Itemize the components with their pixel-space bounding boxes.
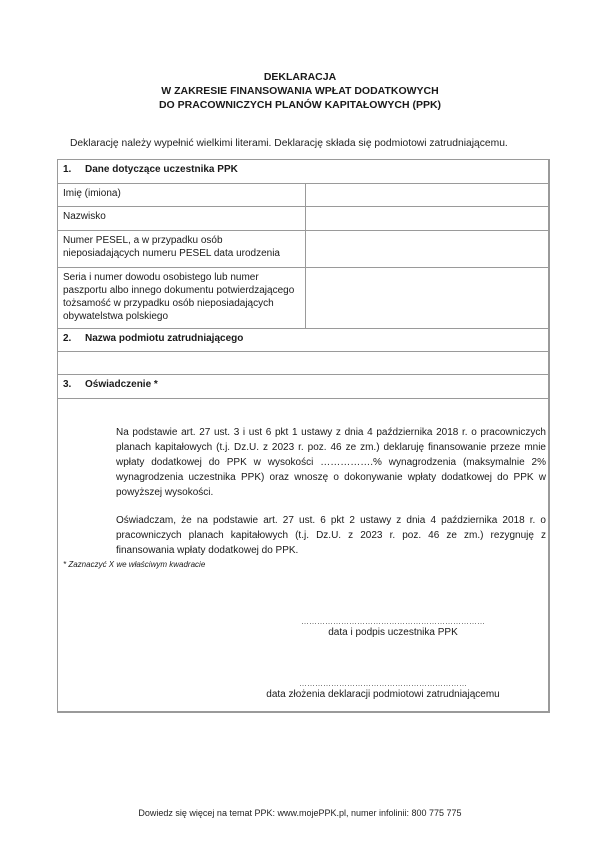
participant-signature-label: data i podpis uczestnika PPK [298,627,488,638]
submission-date-label: data złożenia deklaracji podmiotowi zatr… [248,689,518,700]
field-row-first-name: Imię (imiona) [58,184,548,207]
instruction-text: Deklarację należy wypełnić wielkimi lite… [70,138,508,149]
section-2-number: 2. [63,333,85,344]
pesel-field[interactable] [306,231,548,267]
footnote-mark-x: * Zaznaczyć X we właściwym kwadracie [63,560,205,569]
declaration-option-finance: Na podstawie art. 27 ust. 3 i ust 6 pkt … [116,425,546,500]
field-row-id-document: Seria i numer dowodu osobistego lub nume… [58,268,548,329]
first-name-field[interactable] [306,184,548,206]
section-2-header: 2.Nazwa podmiotu zatrudniającego [58,329,548,352]
participant-signature-line[interactable]: …………………………………………………………… [298,617,488,627]
section-3-header: 3.Oświadczenie * [58,375,548,399]
footer-info: Dowiedz się więcej na temat PPK: www.moj… [0,808,600,818]
first-name-label: Imię (imiona) [58,184,306,206]
id-document-label: Seria i numer dowodu osobistego lub nume… [58,268,306,328]
last-name-label: Nazwisko [58,207,306,230]
section-3-number: 3. [63,379,85,390]
declaration-option-resign: Oświadczam, że na podstawie art. 27 ust.… [116,513,546,558]
submission-date-block: ……………………………………………………… data złożenia dekl… [248,679,518,700]
participant-signature-block: …………………………………………………………… data i podpis uc… [298,617,488,638]
title-line-2: W ZAKRESIE FINANSOWANIA WPŁAT DODATKOWYC… [0,84,600,98]
document-title: DEKLARACJA W ZAKRESIE FINANSOWANIA WPŁAT… [0,70,600,112]
field-row-pesel: Numer PESEL, a w przypadku osób nieposia… [58,231,548,268]
field-row-last-name: Nazwisko [58,207,548,231]
title-line-3: DO PRACOWNICZYCH PLANÓW KAPITAŁOWYCH (PP… [0,98,600,112]
section-1-title: Dane dotyczące uczestnika PPK [85,164,238,175]
section-3-content: Na podstawie art. 27 ust. 3 i ust 6 pkt … [58,399,548,711]
last-name-field[interactable] [306,207,548,230]
section-2-title: Nazwa podmiotu zatrudniającego [85,333,243,344]
id-document-field[interactable] [306,268,548,328]
employer-name-field[interactable] [58,352,548,375]
section-1-header: 1.Dane dotyczące uczestnika PPK [58,160,548,184]
title-line-1: DEKLARACJA [0,70,600,84]
submission-date-line[interactable]: ……………………………………………………… [248,679,518,689]
section-1-number: 1. [63,164,85,175]
declaration-form-table: 1.Dane dotyczące uczestnika PPK Imię (im… [57,159,550,713]
pesel-label: Numer PESEL, a w przypadku osób nieposia… [58,231,306,267]
section-3-title: Oświadczenie * [85,379,158,390]
